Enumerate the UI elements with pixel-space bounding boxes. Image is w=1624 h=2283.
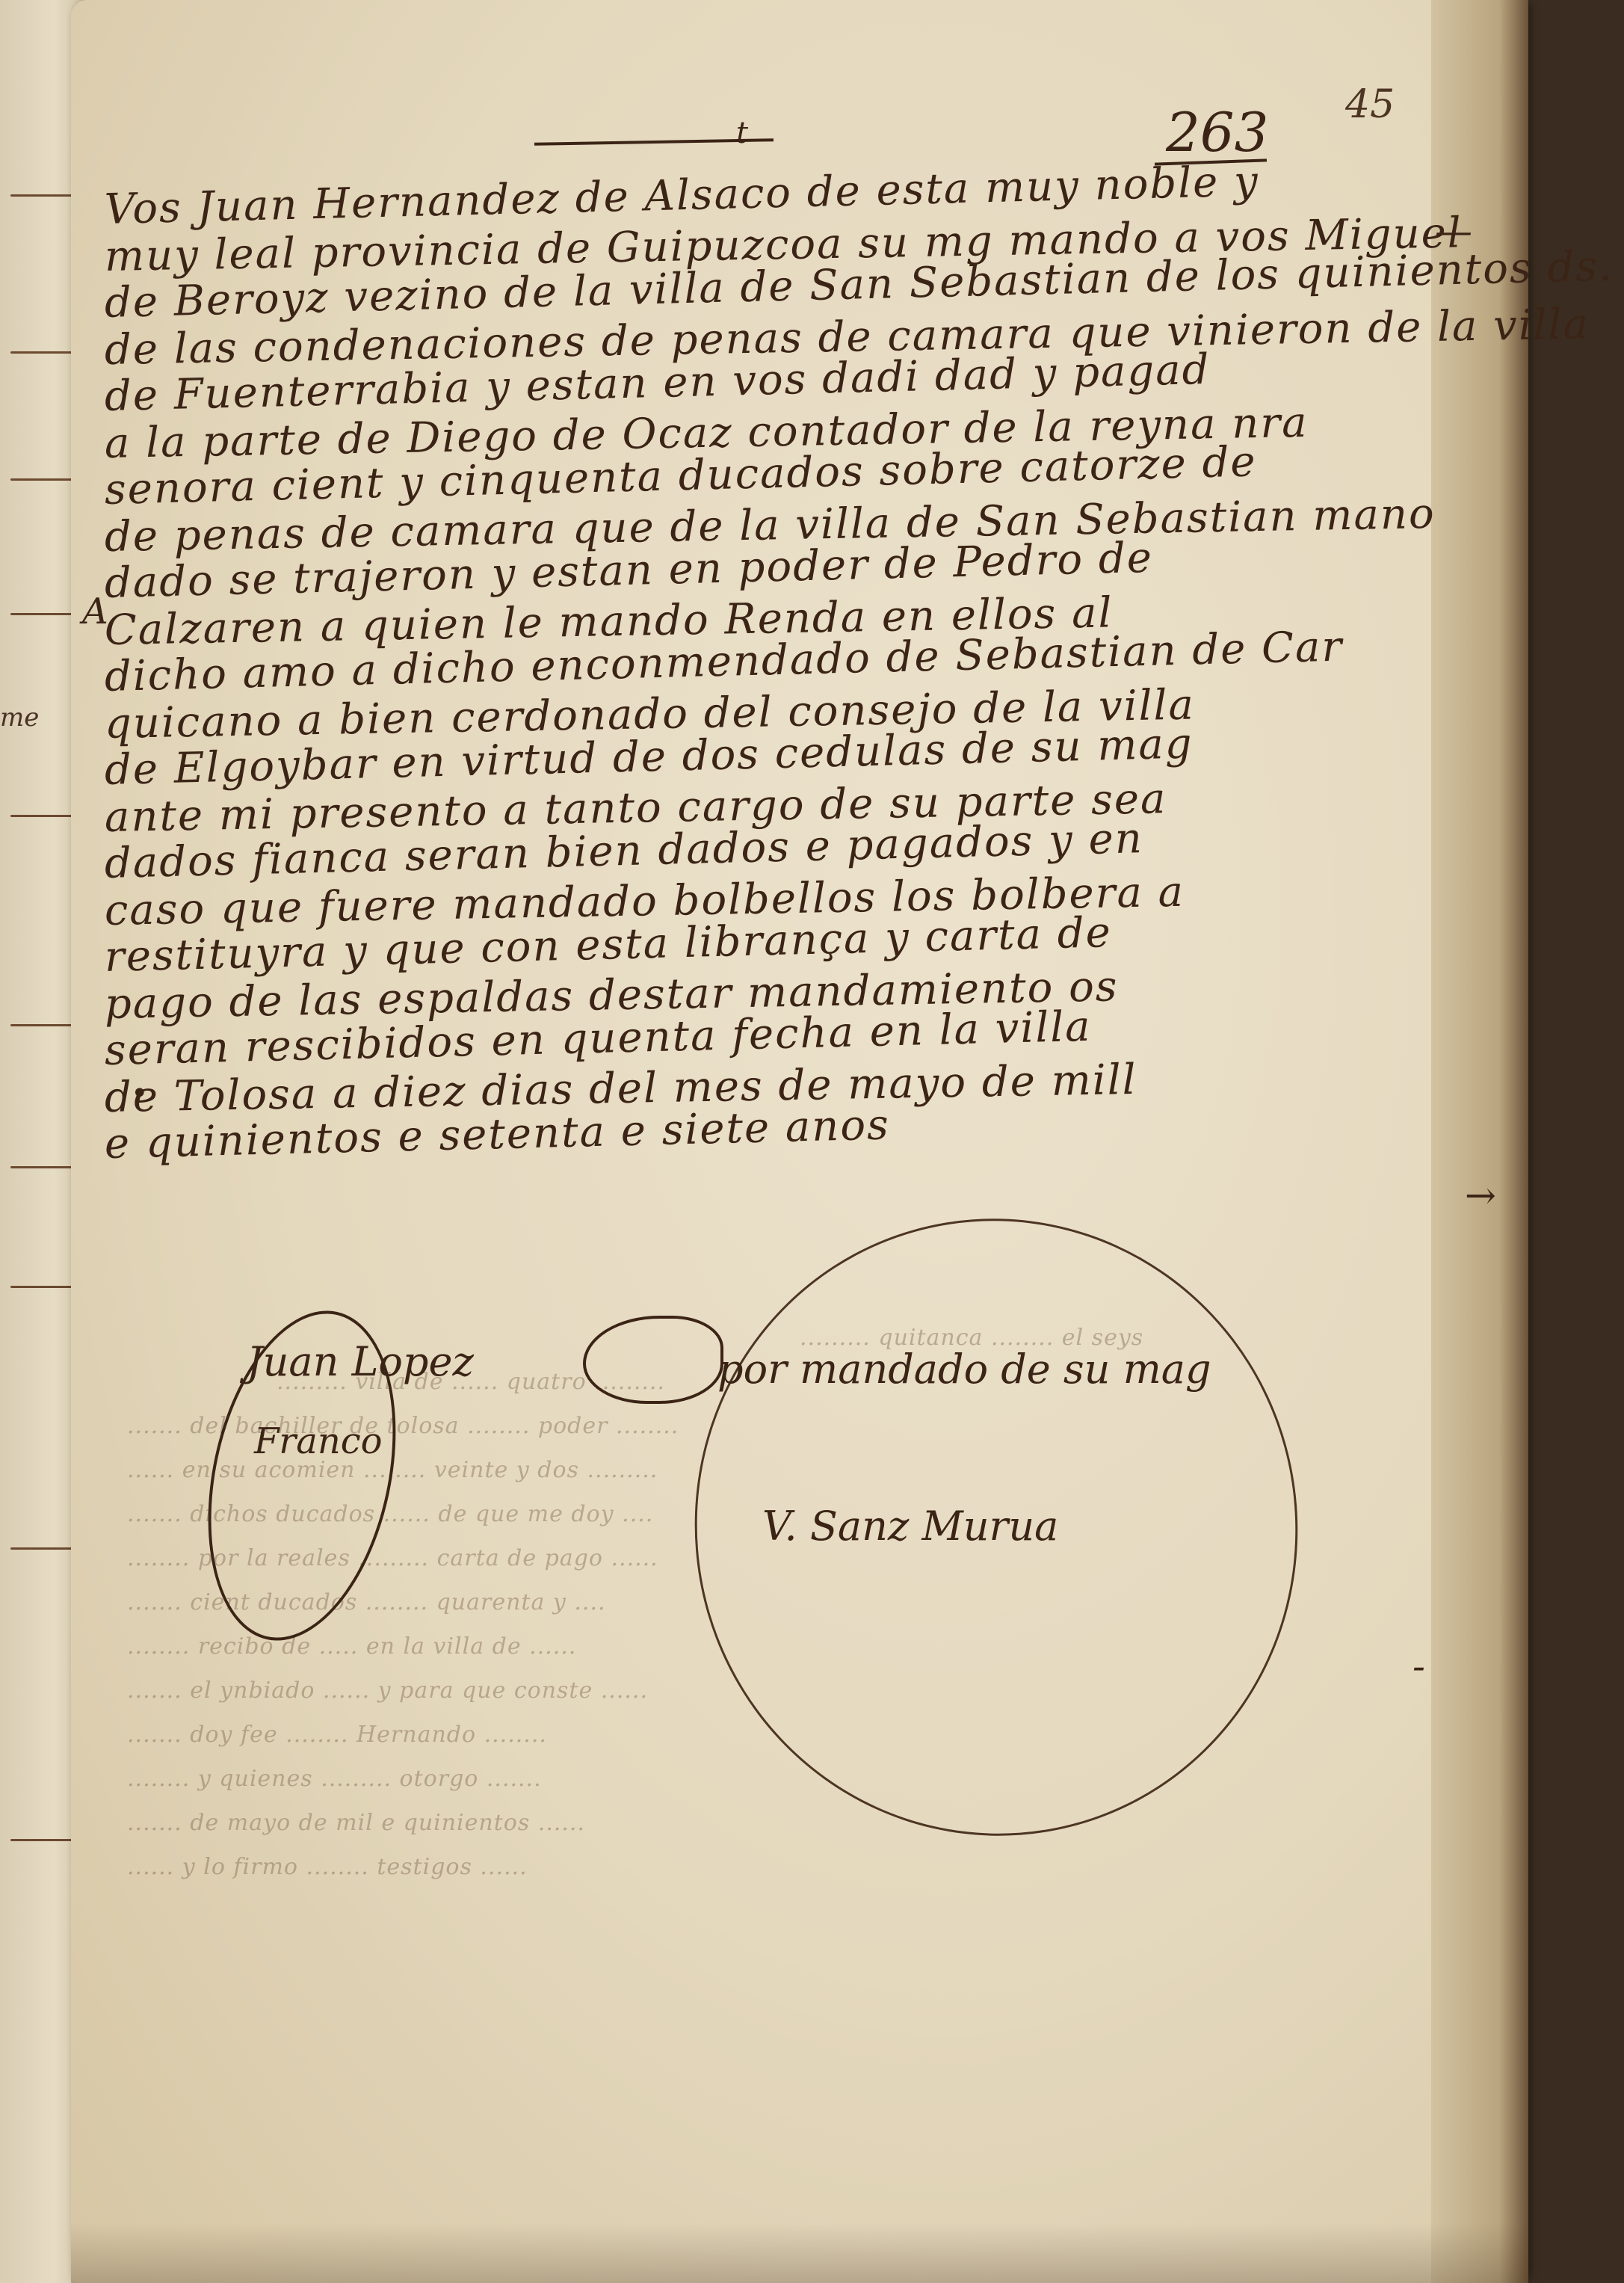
document-body: Vos Juan Hernandez de Alsaco de esta muy… xyxy=(105,187,1442,1168)
page-shadow xyxy=(71,2223,1528,2283)
signature: Juan Lopez xyxy=(247,1338,474,1385)
bleed-line: ....... de mayo de mil e quinientos ....… xyxy=(127,1801,1435,1845)
line-filler-dash: → xyxy=(1465,1174,1496,1217)
header-mark: t xyxy=(736,116,748,150)
line-filler-dash: - xyxy=(1412,1645,1425,1688)
signature: V. Sanz Murua xyxy=(762,1503,1058,1550)
signature: Franco xyxy=(254,1420,383,1462)
bleed-line: ........ y quienes ......... otorgo ....… xyxy=(127,1757,1435,1801)
folio-number: 263 xyxy=(1166,101,1268,164)
signature: por mandado de su mag xyxy=(717,1346,1211,1393)
alt-folio-number: 45 xyxy=(1345,82,1395,127)
left-page-fragment-text: me xyxy=(0,703,39,733)
bleed-line: ...... y lo firmo ........ testigos ....… xyxy=(127,1845,1435,1889)
